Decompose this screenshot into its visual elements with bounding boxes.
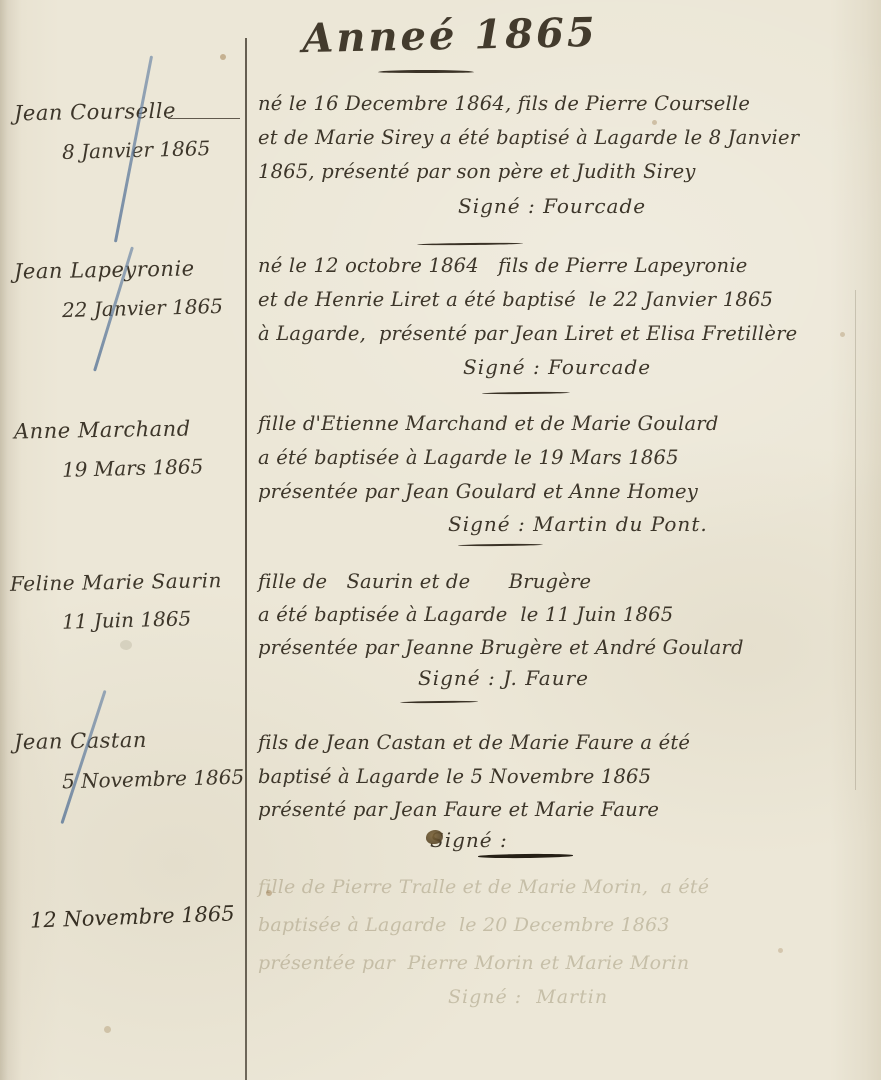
signature-line: Signé : Fourcade: [458, 194, 646, 218]
record-line: et de Henrie Liret a été baptisé le 22 J…: [258, 288, 773, 311]
foxing-spot: [266, 890, 272, 896]
right-margin-rule: [855, 290, 856, 790]
signature-line: Signé : J. Faure: [418, 666, 589, 690]
foxing-spot: [104, 1026, 111, 1033]
blue-strike-mark: [60, 690, 106, 824]
faded-record-line: présentée par Pierre Morin et Marie Mori…: [258, 952, 689, 974]
signature-line: Signé : Martin du Pont.: [448, 512, 708, 536]
record-line: a été baptisée à Lagarde le 11 Juin 1865: [258, 603, 673, 626]
entry-date: 19 Mars 1865: [62, 454, 204, 482]
entry-date: 12 Novembre 1865: [30, 901, 235, 932]
record-line: présentée par Jeanne Brugère et André Go…: [258, 636, 744, 659]
entry-name: Jean Castan: [14, 728, 147, 754]
ink-blot: [426, 830, 443, 844]
register-page: Anneé 1865 Jean Courselle 8 Janvier 1865…: [0, 0, 881, 1080]
page-title: Anneé 1865: [290, 9, 611, 63]
entry-name: Anne Marchand: [14, 416, 191, 443]
entry-name: Jean Lapeyronie: [14, 256, 195, 283]
entry-separator-rule: [458, 544, 543, 547]
record-line: fille d'Etienne Marchand et de Marie Gou…: [258, 412, 719, 435]
record-line: présentée par Jean Goulard et Anne Homey: [258, 480, 698, 503]
record-line: et de Marie Sirey a été baptisé à Lagard…: [258, 126, 799, 149]
entry-date: 22 Janvier 1865: [62, 294, 224, 322]
title-underline: [378, 70, 474, 73]
record-line: à Lagarde, présenté par Jean Liret et El…: [258, 322, 797, 345]
entry-separator-rule: [482, 392, 570, 395]
entry-date: 11 Juin 1865: [62, 606, 192, 633]
foxing-spot: [840, 332, 845, 337]
faded-record-line: fille de Pierre Tralle et de Marie Morin…: [258, 876, 709, 898]
record-line: fils de Jean Castan et de Marie Faure a …: [258, 731, 690, 754]
foxing-spot: [778, 948, 783, 953]
signature-line: Signé : Fourcade: [463, 355, 651, 379]
entry-separator-rule: [417, 242, 523, 245]
foxing-spot: [120, 640, 132, 650]
faded-record-line: baptisée à Lagarde le 20 Decembre 1863: [258, 914, 670, 936]
record-line: né le 16 Decembre 1864, fils de Pierre C…: [258, 92, 750, 115]
record-line: présenté par Jean Faure et Marie Faure: [258, 798, 659, 821]
entry-date: 5 Novembre 1865: [62, 765, 245, 794]
record-line: a été baptisée à Lagarde le 19 Mars 1865: [258, 446, 679, 469]
record-line: baptisé à Lagarde le 5 Novembre 1865: [258, 765, 651, 788]
foxing-spot: [220, 54, 226, 60]
record-line: fille de Saurin et de Brugère: [258, 570, 591, 593]
record-line: 1865, présenté par son père et Judith Si…: [258, 160, 696, 183]
entry-separator-rule: [478, 854, 573, 858]
entry-separator-rule: [400, 701, 478, 704]
name-flourish-line: [168, 118, 240, 119]
foxing-spot: [652, 120, 657, 125]
entry-name: Jean Courselle: [14, 99, 176, 126]
column-divider-rule: [245, 38, 247, 1080]
record-line: né le 12 octobre 1864 fils de Pierre Lap…: [258, 254, 748, 277]
faded-signature-line: Signé : Martin: [448, 986, 608, 1008]
entry-name: Feline Marie Saurin: [10, 568, 222, 596]
